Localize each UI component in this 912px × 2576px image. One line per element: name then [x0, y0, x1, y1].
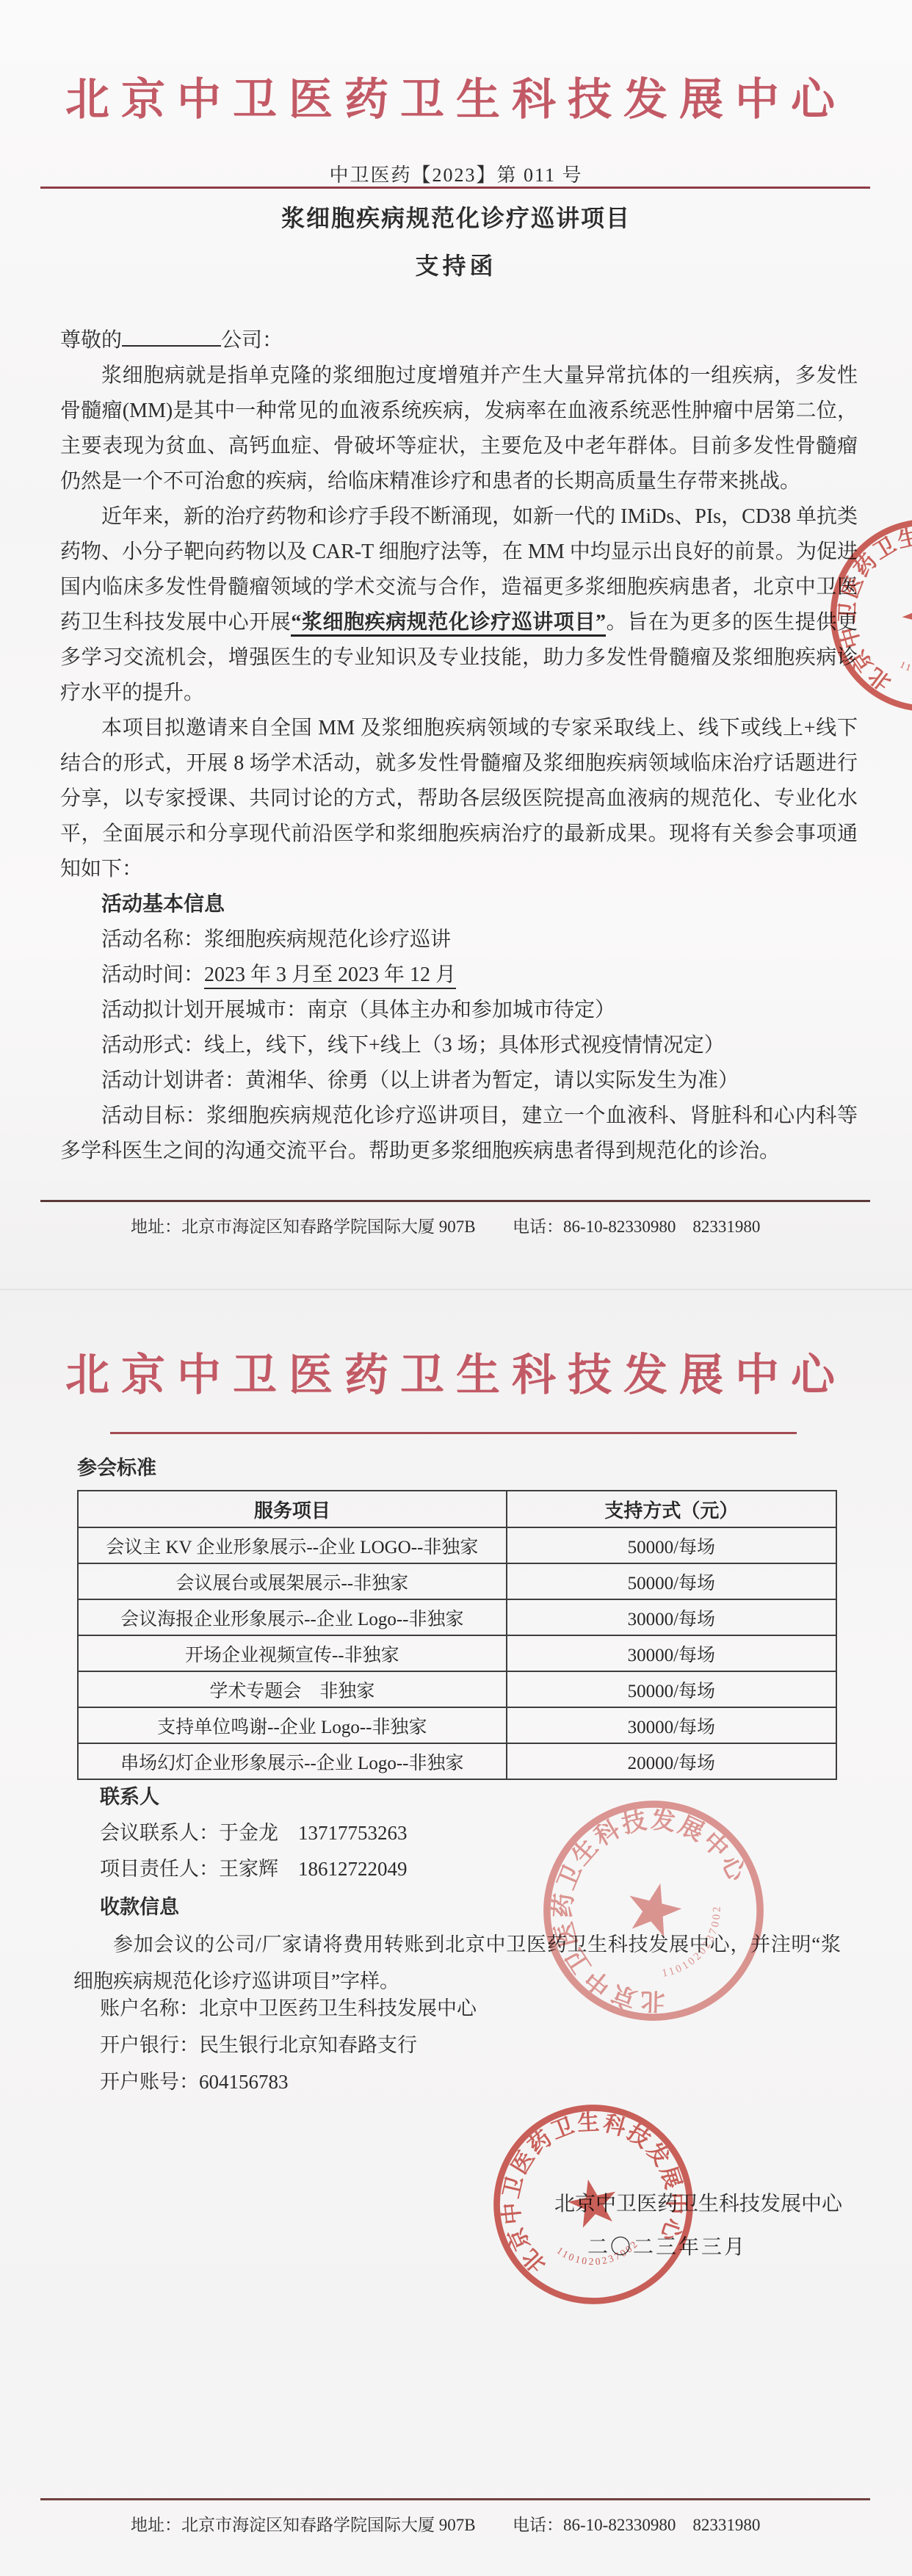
price-cell: 50000/每场	[507, 1563, 836, 1599]
page-1: 北京中卫医药卫生科技发展中心 中卫医药【2023】第 011 号 浆细胞疾病规范…	[0, 0, 912, 1289]
signature-date: 二〇二三年三月	[587, 2231, 747, 2260]
footer-divider	[40, 1200, 870, 1202]
seal-star-icon	[896, 584, 912, 643]
footer-divider	[40, 2498, 870, 2500]
price-cell: 30000/每场	[507, 1635, 836, 1671]
table-header-row: 服务项目 支持方式（元）	[78, 1491, 836, 1527]
table-row: 学术专题会 非独家50000/每场	[78, 1671, 836, 1707]
price-cell: 30000/每场	[507, 1707, 836, 1743]
account-name-line: 账户名称：北京中卫医药卫生科技发展中心	[100, 1992, 477, 2021]
red-header-rule	[40, 187, 870, 189]
salutation-prefix: 尊敬的	[60, 329, 122, 352]
service-cell: 支持单位鸣谢--企业 Logo--非独家	[78, 1707, 507, 1743]
paragraph-disease-intro: 浆细胞病就是指单克隆的浆细胞过度增殖并产生大量异常抗体的一组疾病，多发性骨髓瘤(…	[60, 358, 858, 499]
doc-number: 中卫医药【2023】第 011 号	[0, 160, 912, 187]
table-row: 开场企业视频宣传--非独家30000/每场	[78, 1635, 836, 1671]
org-title-red-header: 北京中卫医药卫生科技发展中心	[0, 65, 912, 128]
info-label: 活动拟计划开展城市：	[101, 999, 307, 1021]
org-title-red-header: 北京中卫医药卫生科技发展中心	[0, 1340, 912, 1403]
price-cell: 30000/每场	[507, 1599, 836, 1635]
info-value-underlined: 2023 年 3 月至 2023 年 12 月	[204, 963, 456, 989]
red-header-rule	[110, 1432, 797, 1434]
project-title: 浆细胞疾病规范化诊疗巡讲项目	[0, 200, 912, 234]
service-cell: 会议海报企业形象展示--企业 Logo--非独家	[78, 1599, 507, 1635]
table-row: 串场幻灯企业形象展示--企业 Logo--非独家20000/每场	[78, 1743, 836, 1779]
participation-standard-heading: 参会标准	[77, 1452, 156, 1480]
info-label: 活动计划讲者：	[101, 1069, 245, 1092]
info-activity-goal: 活动目标：浆细胞疾病规范化诊疗巡讲项目，建立一个血液科、肾脏科和心内科等多学科医…	[60, 1099, 858, 1169]
contact-value: 于金龙 13717753263	[219, 1822, 408, 1844]
sponsorship-price-table: 服务项目 支持方式（元） 会议主 KV 企业形象展示--企业 LOGO--非独家…	[77, 1490, 837, 1780]
footer-phone: 电话：86-10-82330980 82331980	[513, 2511, 760, 2536]
round-seal-graphic: 北京中卫医药卫生科技发展中心 1101020237002	[492, 1749, 816, 2073]
info-label: 活动名称：	[101, 928, 204, 951]
contact-label: 会议联系人：	[100, 1822, 219, 1844]
info-label: 活动形式：	[101, 1034, 204, 1057]
letter-body: 尊敬的公司： 浆细胞病就是指单克隆的浆细胞过度增殖并产生大量异常抗体的一组疾病，…	[60, 323, 858, 1169]
project-name-emphasis: “浆细胞疾病规范化诊疗巡讲项目”	[291, 611, 606, 637]
official-seal-stamp-faint: 北京中卫医药卫生科技发展中心 1101020237002	[492, 1749, 816, 2073]
project-owner-line: 项目责任人：王家辉 18612722049	[100, 1853, 408, 1881]
footer-address: 地址：北京市海淀区知春路学院国际大厦 907B	[131, 2511, 476, 2536]
table-row: 会议主 KV 企业形象展示--企业 LOGO--非独家50000/每场	[78, 1527, 836, 1563]
service-cell: 串场幻灯企业形象展示--企业 Logo--非独家	[78, 1743, 507, 1779]
price-cell: 20000/每场	[507, 1743, 836, 1779]
price-cell: 50000/每场	[507, 1671, 836, 1707]
conference-contact-line: 会议联系人：于金龙 13717753263	[100, 1817, 408, 1845]
service-cell: 学术专题会 非独家	[78, 1671, 507, 1707]
info-heading: 活动基本信息	[60, 887, 858, 922]
info-activity-speakers: 活动计划讲者：黄湘华、徐勇（以上讲者为暂定，请以实际发生为准）	[60, 1063, 858, 1099]
salutation-blank-line	[122, 323, 221, 347]
footer-address: 地址：北京市海淀区知春路学院国际大厦 907B	[131, 1213, 476, 1237]
info-activity-format: 活动形式：线上，线下，线下+线上（3 场；具体形式视疫情情况定）	[60, 1028, 858, 1063]
page-2: 北京中卫医药卫生科技发展中心 参会标准 服务项目 支持方式（元） 会议主 KV …	[0, 1289, 912, 2576]
seal-serial-number: 1101020237002	[895, 631, 912, 689]
salutation: 尊敬的公司：	[60, 323, 858, 358]
contacts-heading: 联系人	[100, 1781, 159, 1809]
info-value: 浆细胞疾病规范化诊疗巡讲	[204, 928, 451, 951]
salutation-suffix: 公司：	[221, 329, 283, 352]
service-cell: 会议主 KV 企业形象展示--企业 LOGO--非独家	[78, 1527, 507, 1563]
info-label: 活动目标：	[101, 1104, 206, 1127]
scanned-letter-document: 北京中卫医药卫生科技发展中心 中卫医药【2023】第 011 号 浆细胞疾病规范…	[0, 0, 912, 2576]
letter-title: 支持函	[0, 247, 912, 281]
service-cell: 会议展台或展架展示--非独家	[78, 1563, 507, 1599]
contact-label: 项目责任人：	[100, 1858, 219, 1880]
col-header-service: 服务项目	[78, 1491, 507, 1527]
account-number-line: 开户账号：604156783	[100, 2066, 289, 2094]
paragraph-project-launch: 近年来，新的治疗药物和诊疗手段不断涌现，如新一代的 IMiDs、PIs，CD38…	[60, 499, 858, 711]
info-activity-time: 活动时间：2023 年 3 月至 2023 年 12 月	[60, 958, 858, 993]
table-row: 会议海报企业形象展示--企业 Logo--非独家30000/每场	[78, 1599, 836, 1635]
paragraph-project-plan: 本项目拟邀请来自全国 MM 及浆细胞疾病领域的专家采取线上、线下或线上+线下结合…	[60, 711, 858, 887]
info-value: 线上，线下，线下+线上（3 场；具体形式视疫情情况定）	[204, 1034, 725, 1057]
footer-phone: 电话：86-10-82330980 82331980	[513, 1213, 760, 1237]
payment-instructions: 参加会议的公司/厂家请将费用转账到北京中卫医药卫生科技发展中心，并注明“浆细胞疾…	[73, 1926, 841, 2000]
svg-text:1101020237002: 1101020237002	[895, 631, 912, 689]
info-value: 黄湘华、徐勇（以上讲者为暂定，请以实际发生为准）	[245, 1069, 739, 1092]
signature-organization: 北京中卫医药卫生科技发展中心	[554, 2188, 842, 2217]
info-activity-city: 活动拟计划开展城市：南京（具体主办和参加城市待定）	[60, 993, 858, 1028]
table-row: 会议展台或展架展示--非独家50000/每场	[78, 1563, 836, 1599]
info-label: 活动时间：	[101, 963, 204, 986]
col-header-price: 支持方式（元）	[507, 1491, 836, 1527]
bank-name-line: 开户银行：民生银行北京知春路支行	[100, 2029, 417, 2058]
table-row: 支持单位鸣谢--企业 Logo--非独家30000/每场	[78, 1707, 836, 1743]
payment-info-heading: 收款信息	[100, 1891, 179, 1920]
service-cell: 开场企业视频宣传--非独家	[78, 1635, 507, 1671]
info-activity-name: 活动名称：浆细胞疾病规范化诊疗巡讲	[60, 922, 858, 958]
info-value: 南京（具体主办和参加城市待定）	[307, 999, 615, 1021]
contact-value: 王家辉 18612722049	[219, 1858, 408, 1880]
price-cell: 50000/每场	[507, 1527, 836, 1563]
